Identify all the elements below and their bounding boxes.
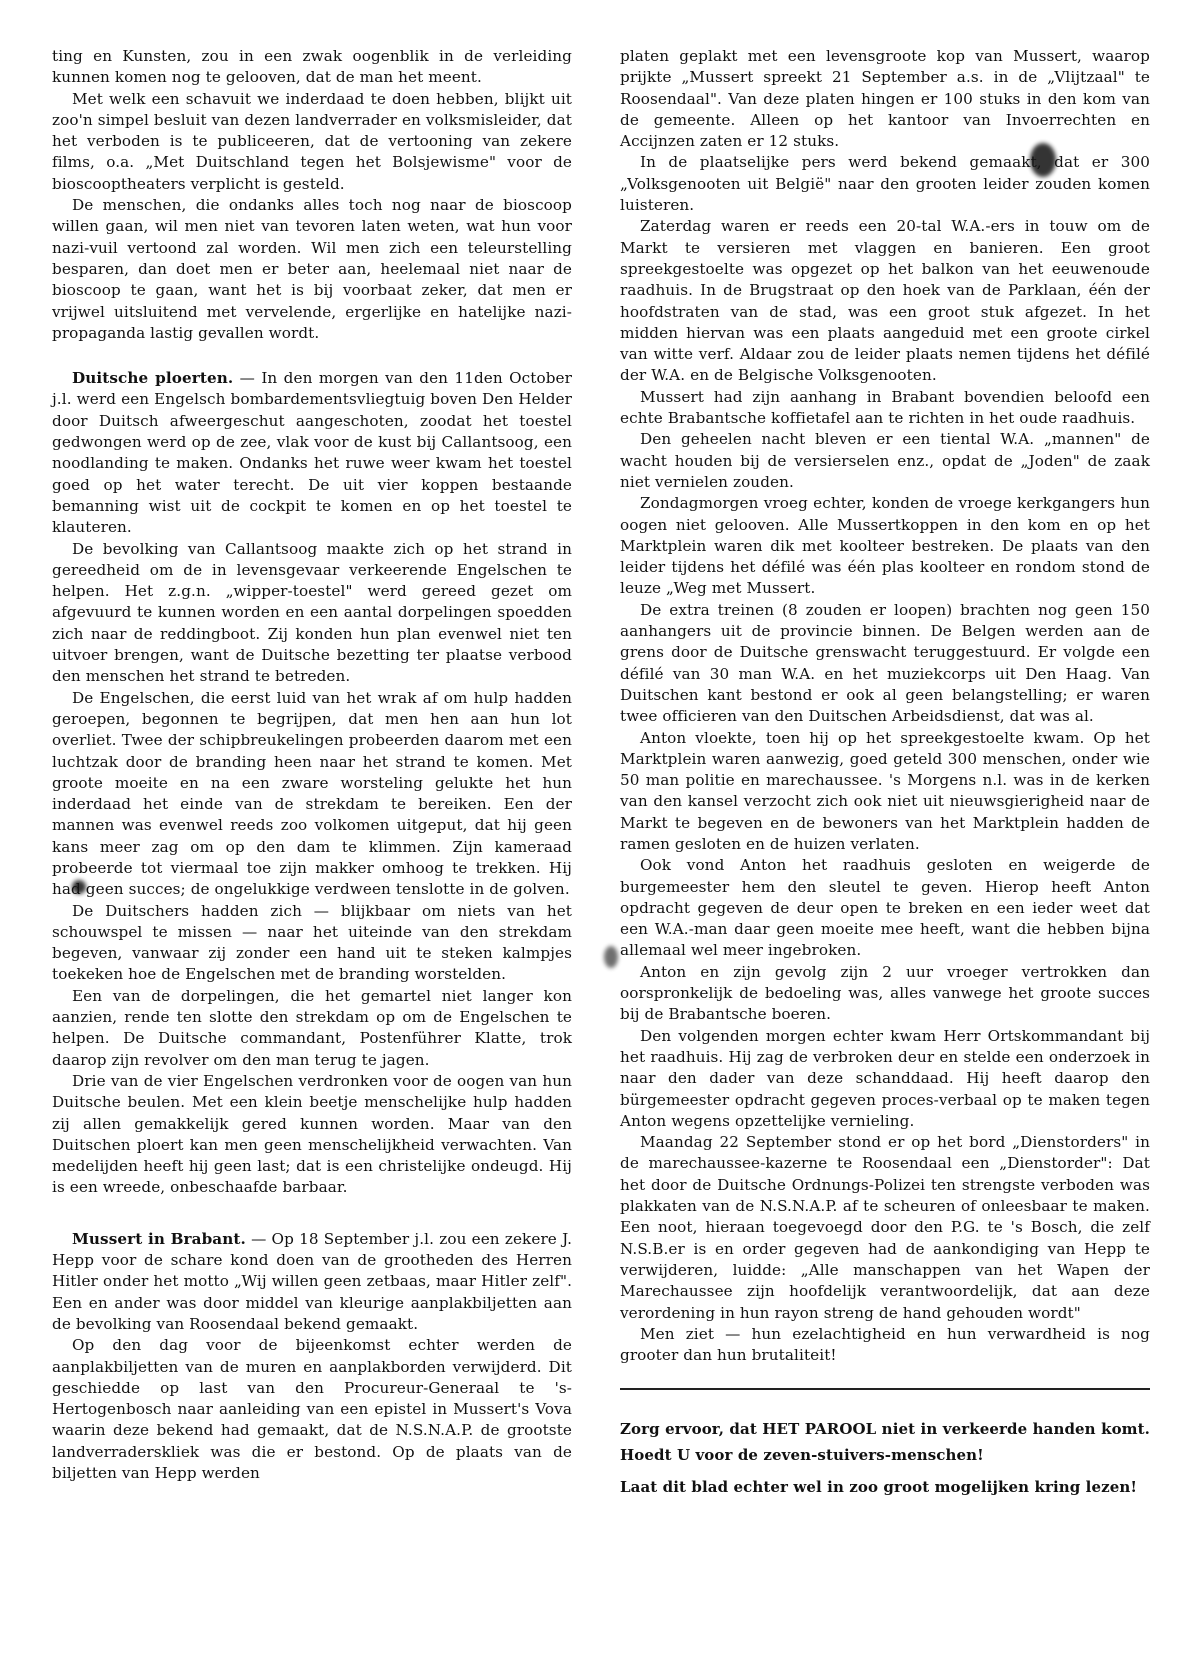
- paragraph: Anton vloekte, toen hij op het spreekges…: [620, 728, 1150, 856]
- section-title: Mussert in Brabant.: [72, 1230, 246, 1248]
- paragraph: ting en Kunsten, zou in een zwak oogenbl…: [52, 46, 572, 89]
- right-column: platen geplakt met een levensgroote kop …: [620, 46, 1150, 1506]
- paragraph: Anton en zijn gevolg zijn 2 uur vroeger …: [620, 962, 1150, 1026]
- paragraph: Drie van de vier Engelschen verdronken v…: [52, 1071, 572, 1199]
- section-mussert-in-brabant: Mussert in Brabant. — Op 18 September j.…: [52, 1229, 572, 1335]
- paragraph: Mussert had zijn aanhang in Brabant bove…: [620, 387, 1150, 430]
- paragraph: Men ziet — hun ezelachtigheid en hun ver…: [620, 1324, 1150, 1367]
- newspaper-page: ting en Kunsten, zou in een zwak oogenbl…: [0, 0, 1200, 1672]
- paragraph: Maandag 22 September stond er op het bor…: [620, 1132, 1150, 1324]
- ink-blot: [604, 946, 618, 968]
- horizontal-rule: [620, 1388, 1150, 1390]
- paragraph: Ook vond Anton het raadhuis gesloten en …: [620, 855, 1150, 961]
- paragraph: De Engelschen, die eerst luid van het wr…: [52, 688, 572, 901]
- notice-circulate: Laat dit blad echter wel in zoo groot mo…: [620, 1474, 1150, 1500]
- paragraph: Den geheelen nacht bleven er een tiental…: [620, 429, 1150, 493]
- ink-blot: [72, 880, 86, 894]
- paragraph: De menschen, die ondanks alles toch nog …: [52, 195, 572, 344]
- paragraph: Op den dag voor de bijeenkomst echter we…: [52, 1335, 572, 1484]
- notice-warning: Zorg ervoor, dat HET PAROOL niet in verk…: [620, 1416, 1150, 1468]
- section-gap: [52, 1199, 572, 1229]
- paragraph: De Duitschers hadden zich — blijkbaar om…: [52, 901, 572, 986]
- paragraph: Zaterdag waren er reeds een 20-tal W.A.-…: [620, 216, 1150, 386]
- paragraph: platen geplakt met een levensgroote kop …: [620, 46, 1150, 152]
- paragraph: Een van de dorpelingen, die het gemartel…: [52, 986, 572, 1071]
- left-column: ting en Kunsten, zou in een zwak oogenbl…: [52, 46, 572, 1484]
- section-lead: — In den morgen van den 11den October j.…: [52, 369, 572, 536]
- section-gap: [52, 344, 572, 368]
- paragraph: Den volgenden morgen echter kwam Herr Or…: [620, 1026, 1150, 1132]
- section-title: Duitsche ploerten.: [72, 369, 233, 387]
- paragraph: De bevolking van Callantsoog maakte zich…: [52, 539, 572, 688]
- paragraph: Zondagmorgen vroeg echter, konden de vro…: [620, 493, 1150, 599]
- paragraph: De extra treinen (8 zouden er loopen) br…: [620, 600, 1150, 728]
- ink-blot: [1030, 143, 1056, 177]
- paragraph: In de plaatselijke pers werd bekend gema…: [620, 152, 1150, 216]
- section-duitsche-ploerten: Duitsche ploerten. — In den morgen van d…: [52, 368, 572, 538]
- paragraph: Met welk een schavuit we inderdaad te do…: [52, 89, 572, 195]
